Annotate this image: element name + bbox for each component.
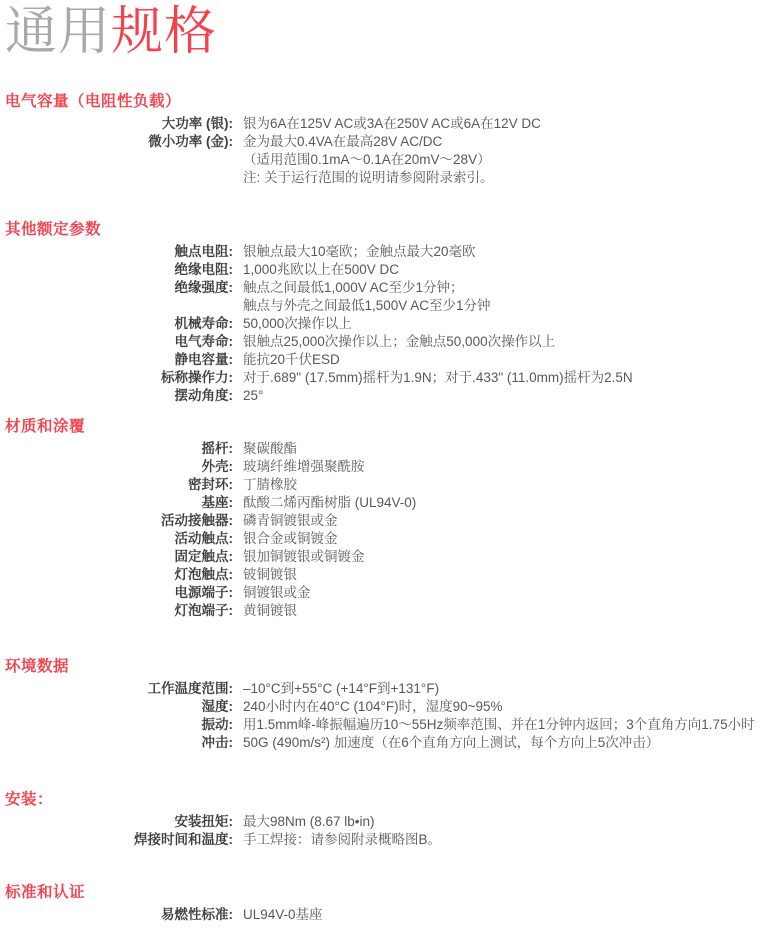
spec-section: 其他额定参数触点电阻:银触点最大10毫欧；金触点最大20毫欧绝缘电阻:1,000… [0,220,769,405]
spec-row: 触点电阻:银触点最大10毫欧；金触点最大20毫欧 [0,243,769,261]
spec-row-value: 50,000次操作以上 [233,315,352,333]
spec-row-label: 电源端子: [0,584,233,602]
spec-section: 电气容量（电阻性负载）大功率 (银):银为6A在125V AC或3A在250V … [0,92,769,187]
spec-section: 材质和涂覆摇杆:聚碳酸酯外壳:玻璃纤维增强聚酰胺密封环:丁腈橡胶基座:酞酸二烯丙… [0,417,769,620]
spec-row-label: 静电容量: [0,351,233,369]
spec-section: 标准和认证易燃性标准:UL94V-0基座 [0,883,769,924]
spec-row: 冲击:50G (490m/s²) 加速度（在6个直角方向上测试，每个方向上5次冲… [0,734,769,752]
spec-row-label: 工作温度范围: [0,680,233,698]
spec-row-value: 磷青铜镀银或金 [233,512,338,530]
spec-row-label: 触点电阻: [0,243,233,261]
section-rows: 摇杆:聚碳酸酯外壳:玻璃纤维增强聚酰胺密封环:丁腈橡胶基座:酞酸二烯丙酯树脂 (… [0,440,769,620]
spec-row-value: 注: 关于运行范围的说明请参阅附录索引。 [233,169,494,187]
spec-row-value: 手工焊接：请参阅附录概略图B。 [233,831,441,849]
spec-row: 外壳:玻璃纤维增强聚酰胺 [0,458,769,476]
spec-row: 电气寿命:银触点25,000次操作以上；金触点50,000次操作以上 [0,333,769,351]
spec-row-value: 银加铜镀银或铜镀金 [233,548,365,566]
spec-row-value: 240小时内在40°C (104°F)时，湿度90~95% [233,698,503,716]
spec-row-label: 灯泡触点: [0,566,233,584]
spec-row-label: 灯泡端子: [0,602,233,620]
spec-row-label: 活动接触器: [0,512,233,530]
spec-row: 机械寿命:50,000次操作以上 [0,315,769,333]
section-rows: 工作温度范围:–10°C到+55°C (+14°F到+131°F)湿度:240小… [0,680,769,752]
spec-row: 易燃性标准:UL94V-0基座 [0,906,769,924]
spec-row: 基座:酞酸二烯丙酯树脂 (UL94V-0) [0,494,769,512]
spec-sections: 电气容量（电阻性负载）大功率 (银):银为6A在125V AC或3A在250V … [0,92,769,924]
spec-row-value: 25° [233,387,263,405]
section-heading: 电气容量（电阻性负载） [5,92,769,112]
spec-row-label: 机械寿命: [0,315,233,333]
spec-row-value: 触点与外壳之间最低1,500V AC至少1分钟 [233,297,491,315]
section-rows: 触点电阻:银触点最大10毫欧；金触点最大20毫欧绝缘电阻:1,000兆欧以上在5… [0,243,769,405]
spec-row: 振动:用1.5mm峰-峰振幅遍历10～55Hz频率范围、并在1分钟内返回；3个直… [0,716,769,734]
spec-row-label: 微小功率 (金): [0,133,233,151]
spec-row-label: 标称操作力: [0,369,233,387]
spec-row-value: 银为6A在125V AC或3A在250V AC或6A在12V DC [233,115,541,133]
spec-section: 环境数据工作温度范围:–10°C到+55°C (+14°F到+131°F)湿度:… [0,657,769,752]
spec-row: 微小功率 (金):金为最大0.4VA在最高28V AC/DC [0,133,769,151]
spec-row: 绝缘强度:触点之间最低1,000V AC至少1分钟； [0,279,769,297]
spec-row-label [0,297,233,315]
spec-row-label: 基座: [0,494,233,512]
page-title-gray-part: 通用 [5,3,111,61]
section-heading: 材质和涂覆 [5,417,769,437]
section-heading: 其他额定参数 [5,220,769,240]
section-rows: 易燃性标准:UL94V-0基座 [0,906,769,924]
spec-row: 触点与外壳之间最低1,500V AC至少1分钟 [0,297,769,315]
spec-row: 灯泡触点:铍铜镀银 [0,566,769,584]
spec-row-value: 铜镀银或金 [233,584,311,602]
section-heading: 安装： [5,790,769,810]
spec-row-label: 焊接时间和温度: [0,831,233,849]
spec-row: 大功率 (银):银为6A在125V AC或3A在250V AC或6A在12V D… [0,115,769,133]
spec-row-value: （适用范围0.1mA～0.1A在20mV～28V） [233,151,491,169]
section-heading: 环境数据 [5,657,769,677]
spec-row-label: 活动触点: [0,530,233,548]
spec-row-label [0,169,233,187]
spec-row: 静电容量:能抗20千伏ESD [0,351,769,369]
section-rows: 大功率 (银):银为6A在125V AC或3A在250V AC或6A在12V D… [0,115,769,187]
spec-row: 标称操作力:对于.689" (17.5mm)摇杆为1.9N；对于.433" (1… [0,369,769,387]
spec-row-value: 触点之间最低1,000V AC至少1分钟； [233,279,464,297]
spec-row: 绝缘电阻:1,000兆欧以上在500V DC [0,261,769,279]
spec-row-value: 玻璃纤维增强聚酰胺 [233,458,365,476]
spec-row-label: 绝缘电阻: [0,261,233,279]
spec-row-label: 安装扭矩: [0,813,233,831]
spec-row-value: 最大98Nm (8.67 lb•in) [233,813,375,831]
spec-row-label: 密封环: [0,476,233,494]
spec-row-value: 铍铜镀银 [233,566,297,584]
spec-row-label: 大功率 (银): [0,115,233,133]
spec-row: 活动接触器:磷青铜镀银或金 [0,512,769,530]
spec-section: 安装：安装扭矩:最大98Nm (8.67 lb•in)焊接时间和温度:手工焊接：… [0,790,769,849]
spec-page: 通用规格 电气容量（电阻性负载）大功率 (银):银为6A在125V AC或3A在… [0,0,769,931]
spec-row-value: 能抗20千伏ESD [233,351,340,369]
spec-row-value: 用1.5mm峰-峰振幅遍历10～55Hz频率范围、并在1分钟内返回；3个直角方向… [233,716,755,734]
spec-row-value: 银触点最大10毫欧；金触点最大20毫欧 [233,243,476,261]
spec-row-value: 银合金或铜镀金 [233,530,338,548]
page-title-red-part: 规格 [111,3,217,61]
spec-row-value: 聚碳酸酯 [233,440,297,458]
spec-row-label: 固定触点: [0,548,233,566]
spec-row-value: 酞酸二烯丙酯树脂 (UL94V-0) [233,494,416,512]
spec-row-label: 电气寿命: [0,333,233,351]
spec-row-value: UL94V-0基座 [233,906,323,924]
spec-row-label: 湿度: [0,698,233,716]
spec-row-label: 绝缘强度: [0,279,233,297]
spec-row-value: 金为最大0.4VA在最高28V AC/DC [233,133,442,151]
spec-row-label [0,151,233,169]
spec-row-value: 对于.689" (17.5mm)摇杆为1.9N；对于.433" (11.0mm)… [233,369,633,387]
spec-row: 工作温度范围:–10°C到+55°C (+14°F到+131°F) [0,680,769,698]
spec-row: 湿度:240小时内在40°C (104°F)时，湿度90~95% [0,698,769,716]
spec-row-value: –10°C到+55°C (+14°F到+131°F) [233,680,439,698]
spec-row-label: 摆动角度: [0,387,233,405]
spec-row-value: 银触点25,000次操作以上；金触点50,000次操作以上 [233,333,555,351]
spec-row: （适用范围0.1mA～0.1A在20mV～28V） [0,151,769,169]
spec-row-value: 50G (490m/s²) 加速度（在6个直角方向上测试，每个方向上5次冲击） [233,734,659,752]
spec-row: 摇杆:聚碳酸酯 [0,440,769,458]
section-rows: 安装扭矩:最大98Nm (8.67 lb•in)焊接时间和温度:手工焊接：请参阅… [0,813,769,849]
spec-row-value: 黄铜镀银 [233,602,297,620]
section-heading: 标准和认证 [5,883,769,903]
spec-row: 活动触点:银合金或铜镀金 [0,530,769,548]
spec-row-label: 冲击: [0,734,233,752]
spec-row: 安装扭矩:最大98Nm (8.67 lb•in) [0,813,769,831]
spec-row-label: 易燃性标准: [0,906,233,924]
spec-row-label: 外壳: [0,458,233,476]
spec-row: 电源端子:铜镀银或金 [0,584,769,602]
spec-row-value: 丁腈橡胶 [233,476,297,494]
spec-row: 固定触点:银加铜镀银或铜镀金 [0,548,769,566]
spec-row: 焊接时间和温度:手工焊接：请参阅附录概略图B。 [0,831,769,849]
spec-row-label: 摇杆: [0,440,233,458]
spec-row: 摆动角度:25° [0,387,769,405]
page-title: 通用规格 [5,2,769,62]
spec-row: 灯泡端子:黄铜镀银 [0,602,769,620]
spec-row-label: 振动: [0,716,233,734]
spec-row: 密封环:丁腈橡胶 [0,476,769,494]
spec-row-value: 1,000兆欧以上在500V DC [233,261,399,279]
spec-row: 注: 关于运行范围的说明请参阅附录索引。 [0,169,769,187]
